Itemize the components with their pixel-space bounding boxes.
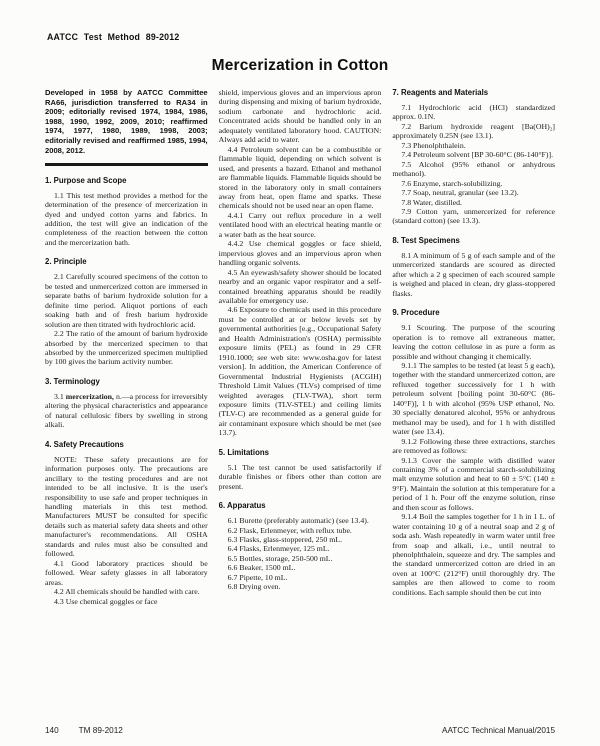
paragraph: 7.6 Enzyme, starch-solubilizing.: [392, 179, 555, 188]
paragraph: 6.8 Drying oven.: [219, 582, 382, 591]
paragraph: 7.7 Soap, neutral, granular (see 13.2).: [392, 188, 555, 197]
paragraph: 1.1 This test method provides a method f…: [45, 191, 208, 248]
section-heading: 6. Apparatus: [219, 501, 382, 510]
paragraph: 5.1 The test cannot be used satisfactori…: [219, 463, 382, 491]
paragraph: 6.4 Flasks, Erlenmeyer, 125 mL.: [219, 544, 382, 553]
paragraph: 9.1.2 Following these three extractions,…: [392, 437, 555, 456]
page-title: Mercerization in Cotton: [45, 57, 555, 75]
paragraph: 4.2 All chemicals should be handled with…: [45, 587, 208, 596]
columns: Developed in 1958 by AATCC Committee RA6…: [45, 88, 555, 704]
paragraph: shield, impervious gloves and an impervi…: [219, 88, 382, 145]
section-heading: 7. Reagents and Materials: [392, 88, 555, 97]
column-2: shield, impervious gloves and an impervi…: [219, 88, 382, 704]
paragraph: 7.2 Barium hydroxide reagent [Ba(OH)₂] a…: [392, 122, 555, 141]
paragraph: 7.1 Hydrochloric acid (HCl) standardized…: [392, 103, 555, 122]
paragraph: 9.1.1 The samples to be tested (at least…: [392, 361, 555, 437]
section-heading: 3. Terminology: [45, 377, 208, 386]
paragraph: 7.4 Petroleum solvent [BP 30-60°C (86-14…: [392, 150, 555, 159]
paragraph: 4.3 Use chemical goggles or face: [45, 597, 208, 606]
paragraph: 6.5 Bottles, storage, 250-500 mL.: [219, 554, 382, 563]
section-heading: 4. Safety Precautions: [45, 440, 208, 449]
paragraph: 4.5 An eyewash/safety shower should be l…: [219, 268, 382, 306]
column-3: 7. Reagents and Materials7.1 Hydrochlori…: [392, 88, 555, 704]
section-heading: 8. Test Specimens: [392, 236, 555, 245]
footer-left: 140 TM 89-2012: [45, 726, 123, 735]
section-heading: 5. Limitations: [219, 448, 382, 457]
paragraph: 2.1 Carefully scoured specimens of the c…: [45, 272, 208, 329]
document-page: AATCC Test Method 89-2012 Mercerization …: [0, 0, 600, 746]
paragraph: 7.5 Alcohol (95% ethanol or anhydrous me…: [392, 160, 555, 179]
section-heading: 9. Procedure: [392, 308, 555, 317]
section-heading: 1. Purpose and Scope: [45, 176, 208, 185]
paragraph: 2.2 The ratio of the amount of barium hy…: [45, 329, 208, 367]
history-note: Developed in 1958 by AATCC Committee RA6…: [45, 88, 208, 155]
paragraph: 7.8 Water, distilled.: [392, 198, 555, 207]
paragraph: 4.1 Good laboratory practices should be …: [45, 559, 208, 587]
page-number: 140: [45, 726, 59, 735]
paragraph: 6.6 Beaker, 1500 mL.: [219, 563, 382, 572]
section-divider: [45, 163, 208, 166]
paragraph: 8.1 A minimum of 5 g of each sample and …: [392, 251, 555, 298]
paragraph: NOTE: These safety precautions are for i…: [45, 455, 208, 559]
column-1: Developed in 1958 by AATCC Committee RA6…: [45, 88, 208, 704]
paragraph: 4.6 Exposure to chemicals used in this p…: [219, 305, 382, 437]
paragraph: 6.2 Flask, Erlenmeyer, with reflux tube.: [219, 526, 382, 535]
paragraph: 4.4 Petroleum solvent can be a combustib…: [219, 145, 382, 211]
section-heading: 2. Principle: [45, 257, 208, 266]
paragraph: 4.4.1 Carry out reflux procedure in a we…: [219, 211, 382, 239]
footer-doc-code: TM 89-2012: [79, 726, 123, 735]
paragraph: 9.1 Scouring. The purpose of the scourin…: [392, 323, 555, 361]
paragraph: 7.9 Cotton yarn, unmercerized for refere…: [392, 207, 555, 226]
document-reference: AATCC Test Method 89-2012: [47, 32, 555, 42]
paragraph: 3.1 mercerization, n.—a process for irre…: [45, 392, 208, 430]
paragraph: 7.3 Phenolphthalein.: [392, 141, 555, 150]
paragraph: 9.1.3 Cover the sample with distilled wa…: [392, 456, 555, 513]
paragraph: 6.3 Flasks, glass-stoppered, 250 mL.: [219, 535, 382, 544]
paragraph: 4.4.2 Use chemical goggles or face shiel…: [219, 239, 382, 267]
page-footer: 140 TM 89-2012 AATCC Technical Manual/20…: [45, 726, 555, 735]
paragraph: 6.7 Pipette, 10 mL.: [219, 573, 382, 582]
footer-manual-name: AATCC Technical Manual/2015: [442, 726, 555, 735]
paragraph: 6.1 Burette (preferably automatic) (see …: [219, 516, 382, 525]
paragraph: 9.1.4 Boil the samples together for 1 h …: [392, 512, 555, 597]
